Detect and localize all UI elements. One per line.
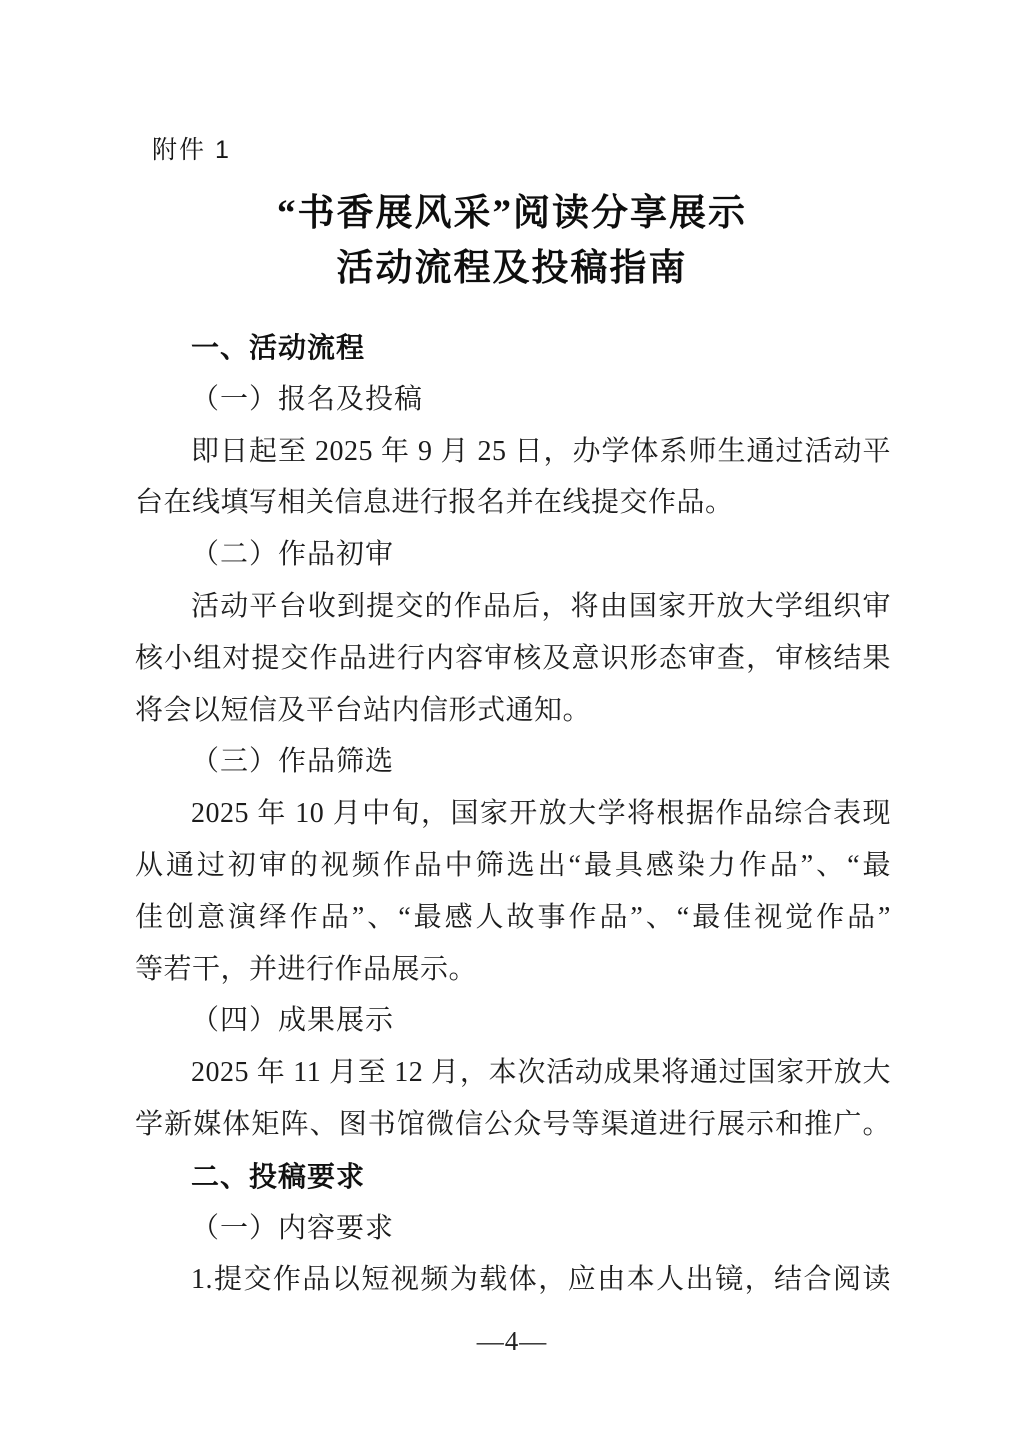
paragraph-line: 活动平台收到提交的作品后，将由国家开放大学组织审 <box>135 581 891 633</box>
paragraph-line: 等若干，并进行作品展示。 <box>135 944 891 996</box>
subsection-heading-1-4: （四）成果展示 <box>135 995 891 1047</box>
document-title-line-1: “书香展风采”阅读分享展示 <box>0 186 1024 241</box>
subsection-heading-1-1: （一）报名及投稿 <box>135 374 891 426</box>
paragraph-line: 台在线填写相关信息进行报名并在线提交作品。 <box>135 477 891 529</box>
paragraph-line: 1.提交作品以短视频为载体，应由本人出镜，结合阅读 <box>135 1254 891 1306</box>
paragraph-line: 将会以短信及平台站内信形式通知。 <box>135 685 891 737</box>
subsection-heading-2-1: （一）内容要求 <box>135 1203 891 1255</box>
paragraph-line: 2025 年 10 月中旬，国家开放大学将根据作品综合表现 <box>135 788 891 840</box>
paragraph-line: 佳创意演绎作品”、“最感人故事作品”、“最佳视觉作品” <box>135 892 891 944</box>
page-number: —4— <box>0 1324 1024 1358</box>
paragraph-line: 学新媒体矩阵、图书馆微信公众号等渠道进行展示和推广。 <box>135 1099 891 1151</box>
section-heading-1: 一、活动流程 <box>135 322 891 374</box>
document-page: 附件 1 “书香展风采”阅读分享展示 活动流程及投稿指南 一、活动流程 （一）报… <box>0 0 1024 1448</box>
subsection-heading-1-2: （二）作品初审 <box>135 529 891 581</box>
document-title: “书香展风采”阅读分享展示 活动流程及投稿指南 <box>0 186 1024 296</box>
document-body: 一、活动流程 （一）报名及投稿 即日起至 2025 年 9 月 25 日，办学体… <box>135 322 891 1306</box>
paragraph-line: 2025 年 11 月至 12 月，本次活动成果将通过国家开放大 <box>135 1047 891 1099</box>
paragraph-line: 核小组对提交作品进行内容审核及意识形态审查，审核结果 <box>135 633 891 685</box>
paragraph-line: 从通过初审的视频作品中筛选出“最具感染力作品”、“最 <box>135 840 891 892</box>
paragraph-line: 即日起至 2025 年 9 月 25 日，办学体系师生通过活动平 <box>135 426 891 478</box>
document-title-line-2: 活动流程及投稿指南 <box>0 241 1024 296</box>
section-heading-2: 二、投稿要求 <box>135 1151 891 1203</box>
attachment-label: 附件 1 <box>152 134 231 166</box>
subsection-heading-1-3: （三）作品筛选 <box>135 736 891 788</box>
